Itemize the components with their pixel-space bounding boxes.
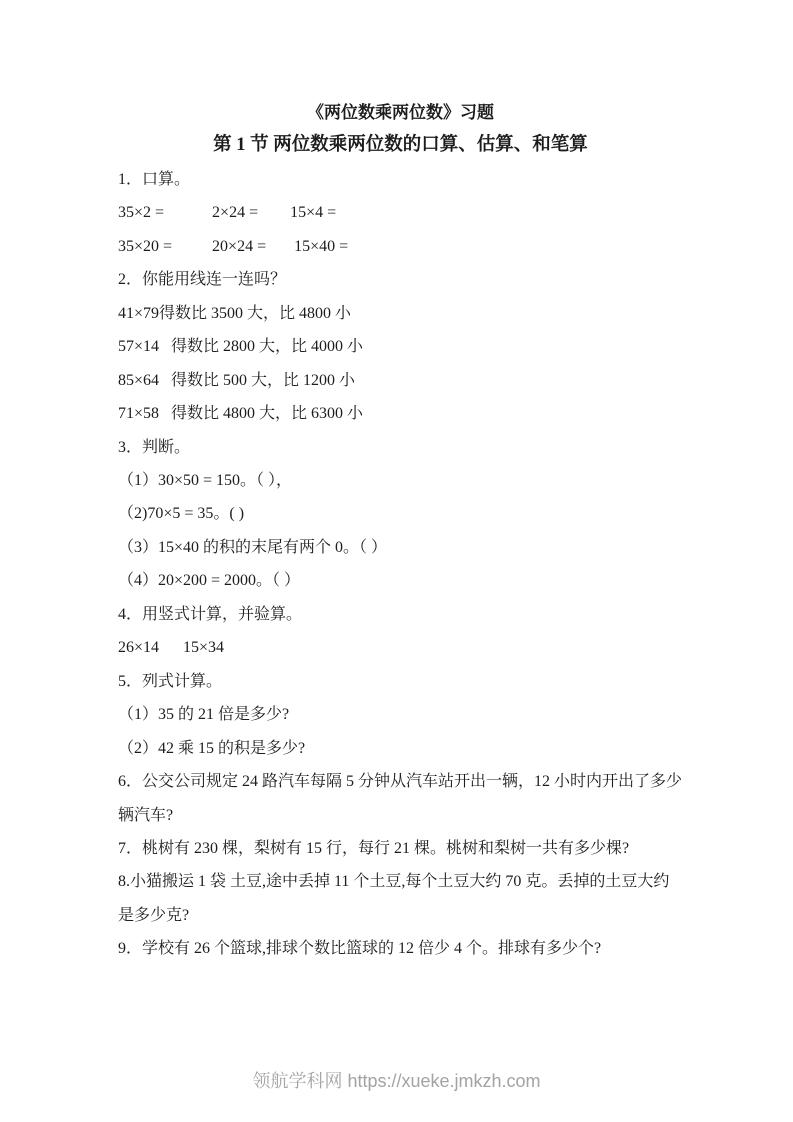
q8-text-line: 是多少克?	[118, 899, 683, 932]
q2-match-line: 85×64 得数比 500 大，比 1200 小	[118, 364, 683, 397]
q3-item: （1）30×50 = 150。（ ），	[118, 464, 683, 497]
q6-text-line: 辆汽车?	[118, 799, 683, 832]
q8-text-line: 8.小猫搬运 1 袋 土豆,途中丢掉 11 个土豆,每个土豆大约 70 克。丢掉…	[118, 865, 683, 898]
q3-item: （2)70×5 = 35。( )	[118, 497, 683, 530]
q5-item: （2）42 乘 15 的积是多少?	[118, 732, 683, 765]
footer-watermark: 领航学科网 https://xueke.jmkzh.com	[0, 1070, 793, 1092]
q2-heading: 2．你能用线连一连吗？	[118, 263, 683, 296]
q3-item: （3）15×40 的积的末尾有两个 0。（ ）	[118, 531, 683, 564]
doc-subtitle: 第 1 节 两位数乘两位数的口算、估算、和笔算	[118, 129, 683, 162]
q3-item: （4）20×200 = 2000。（ ）	[118, 564, 683, 597]
q1-oral-row-2: 35×20 = 20×24 = 15×40 =	[118, 230, 683, 263]
q9-text-line: 9．学校有 26 个篮球,排球个数比篮球的 12 倍少 4 个。排球有多少个?	[118, 932, 683, 965]
q1-heading: 1．口算。	[118, 163, 683, 196]
q5-item: （1）35 的 21 倍是多少?	[118, 698, 683, 731]
worksheet-page: 《两位数乘两位数》习题 第 1 节 两位数乘两位数的口算、估算、和笔算 1．口算…	[0, 0, 793, 1122]
worksheet-content: 《两位数乘两位数》习题 第 1 节 两位数乘两位数的口算、估算、和笔算 1．口算…	[0, 0, 793, 966]
q2-match-line: 57×14 得数比 2800 大，比 4000 小	[118, 330, 683, 363]
q2-match-line: 71×58 得数比 4800 大，比 6300 小	[118, 397, 683, 430]
q4-expressions: 26×14 15×34	[118, 631, 683, 664]
q6-text-line: 6．公交公司规定 24 路汽车每隔 5 分钟从汽车站开出一辆，12 小时内开出了…	[118, 765, 683, 798]
doc-title: 《两位数乘两位数》习题	[118, 96, 683, 129]
q5-heading: 5．列式计算。	[118, 665, 683, 698]
q7-text-line: 7．桃树有 230 棵，梨树有 15 行，每行 21 棵。桃树和梨树一共有多少棵…	[118, 832, 683, 865]
q1-oral-row-1: 35×2 = 2×24 = 15×4 =	[118, 196, 683, 229]
q3-heading: 3．判断。	[118, 431, 683, 464]
q4-heading: 4．用竖式计算，并验算。	[118, 598, 683, 631]
q2-match-line: 41×79得数比 3500 大，比 4800 小	[118, 297, 683, 330]
